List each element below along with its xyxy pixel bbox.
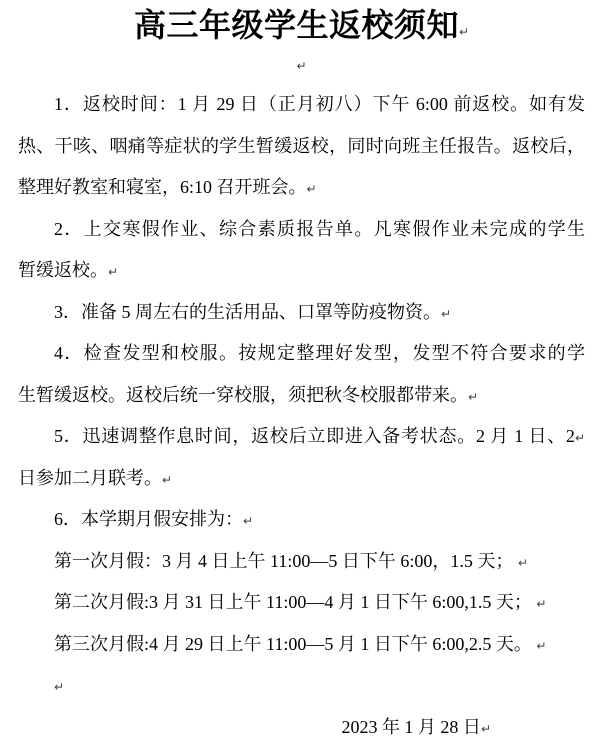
line-text: 第一次月假：3 月 4 日上午 11:00—5 日下午 6:00，1.5 天； (54, 551, 513, 571)
line-text: 整理好教室和寝室，6:10 召开班会。 (18, 177, 307, 197)
monthly-break-3: 第三次月假:4 月 29 日上午 11:00—5 月 1 日下午 6:00,2.… (18, 624, 585, 666)
line-text: 暂缓返校。 (18, 260, 108, 280)
line-text: 3．准备 5 周左右的生活用品、口罩等防疫物资。 (54, 302, 441, 322)
paragraph-mark-icon: ↵ (243, 514, 253, 528)
monthly-break-2: 第二次月假:3 月 31 日上午 11:00—4 月 1 日下午 6:00,1.… (18, 582, 585, 624)
line-text: 第二次月假:3 月 31 日上午 11:00—4 月 1 日下午 6:00,1.… (54, 592, 532, 612)
line-text: 4．检查发型和校服。按规定整理好发型，发型不符合要求的学 (54, 343, 585, 363)
title-line: 高三年级学生返校须知↵ (18, 2, 585, 48)
para-2-line-1: 2．上交寒假作业、综合素质报告单。凡寒假作业未完成的学生 (18, 209, 585, 251)
para-1-line-2: 热、干咳、咽痛等症状的学生暂缓返校，同时向班主任报告。返校后， (18, 126, 585, 168)
paragraph-mark-icon: ↵ (459, 25, 469, 39)
date-line: 2023 年 1 月 28 日↵ (18, 707, 585, 749)
paragraph-mark-icon: ↵ (441, 307, 451, 321)
para-5-line-1: 5．迅速调整作息时间，返校后立即进入备考状态。2 月 1 日、2↵ (18, 416, 585, 458)
para-3-line-1: 3．准备 5 周左右的生活用品、口罩等防疫物资。↵ (18, 292, 585, 334)
paragraph-mark-icon: ↵ (536, 639, 546, 653)
document-date: 2023 年 1 月 28 日 (341, 717, 481, 737)
line-text: 热、干咳、咽痛等症状的学生暂缓返校，同时向班主任报告。返校后， (18, 136, 585, 156)
empty-paragraph: ↵ (18, 665, 585, 707)
paragraph-mark-icon: ↵ (518, 556, 528, 570)
paragraph-mark-icon: ↵ (536, 597, 546, 611)
empty-paragraph: ↵ (18, 48, 585, 84)
document-page: 高三年级学生返校须知↵ ↵ 1．返校时间：1 月 29 日（正月初八）下午 6:… (0, 0, 603, 755)
line-text: 6．本学期月假安排为： (54, 509, 243, 529)
line-text: 生暂缓返校。返校后统一穿校服，须把秋冬校服都带来。 (18, 385, 468, 405)
paragraph-mark-icon: ↵ (54, 680, 64, 694)
para-1-line-3: 整理好教室和寝室，6:10 召开班会。↵ (18, 167, 585, 209)
para-4-line-2: 生暂缓返校。返校后统一穿校服，须把秋冬校服都带来。↵ (18, 375, 585, 417)
para-5-line-2: 日参加二月联考。↵ (18, 458, 585, 500)
para-2-line-2: 暂缓返校。↵ (18, 250, 585, 292)
para-4-line-1: 4．检查发型和校服。按规定整理好发型，发型不符合要求的学 (18, 333, 585, 375)
paragraph-mark-icon: ↵ (108, 265, 118, 279)
line-text: 日参加二月联考。 (18, 468, 162, 488)
paragraph-mark-icon: ↵ (296, 59, 306, 73)
page-title: 高三年级学生返校须知 (134, 7, 459, 43)
para-6-line-1: 6．本学期月假安排为：↵ (18, 499, 585, 541)
para-1-line-1: 1．返校时间：1 月 29 日（正月初八）下午 6:00 前返校。如有发 (18, 84, 585, 126)
paragraph-mark-icon: ↵ (481, 722, 491, 736)
line-text: 2．上交寒假作业、综合素质报告单。凡寒假作业未完成的学生 (54, 219, 585, 239)
line-text: 5．迅速调整作息时间，返校后立即进入备考状态。2 月 1 日、2 (54, 426, 575, 446)
monthly-break-1: 第一次月假：3 月 4 日上午 11:00—5 日下午 6:00，1.5 天； … (18, 541, 585, 583)
paragraph-mark-icon: ↵ (575, 431, 585, 445)
line-text: 1．返校时间：1 月 29 日（正月初八）下午 6:00 前返校。如有发 (54, 94, 585, 114)
paragraph-mark-icon: ↵ (307, 182, 317, 196)
paragraph-mark-icon: ↵ (468, 390, 478, 404)
line-text: 第三次月假:4 月 29 日上午 11:00—5 月 1 日下午 6:00,2.… (54, 634, 532, 654)
paragraph-mark-icon: ↵ (162, 473, 172, 487)
